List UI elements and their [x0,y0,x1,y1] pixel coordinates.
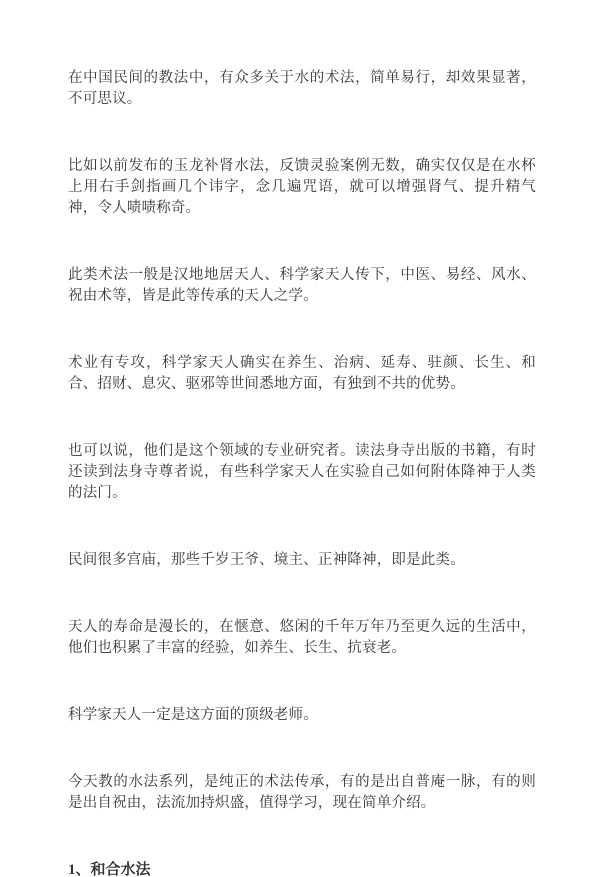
paragraph: 民间很多宫庙，那些千岁王爷、境主、正神降神，即是此类。 [68,550,536,571]
paragraph: 科学家天人一定是这方面的顶级老师。 [68,705,536,726]
paragraph: 在中国民间的教法中，有众多关于水的术法，简单易行，却效果显著，不可思议。 [68,68,536,110]
paragraph: 术业有专攻，科学家天人确实在养生、治病、延寿、驻颜、长生、和合、招财、息灾、驱邪… [68,353,536,395]
paragraph: 此类术法一般是汉地地居天人、科学家天人传下，中医、易经、风水、祝由术等，皆是此等… [68,265,536,307]
paragraph: 今天教的水法系列，是纯正的术法传承，有的是出自普庵一脉，有的则是出自祝由，法流加… [68,772,536,814]
section-heading: 1、和合水法 [68,860,536,877]
paragraph: 也可以说，他们是这个领域的专业研究者。读法身寺出版的书籍，有时还读到法身寺尊者说… [68,441,536,504]
paragraph: 天人的寿命是漫长的，在惬意、悠闲的千年万年乃至更久远的生活中，他们也积累了丰富的… [68,617,536,659]
paragraph: 比如以前发布的玉龙补肾水法，反馈灵验案例无数，确实仅仅是在水杯上用右手剑指画几个… [68,156,536,219]
document-page: 在中国民间的教法中，有众多关于水的术法，简单易行，却效果显著，不可思议。 比如以… [0,0,602,877]
